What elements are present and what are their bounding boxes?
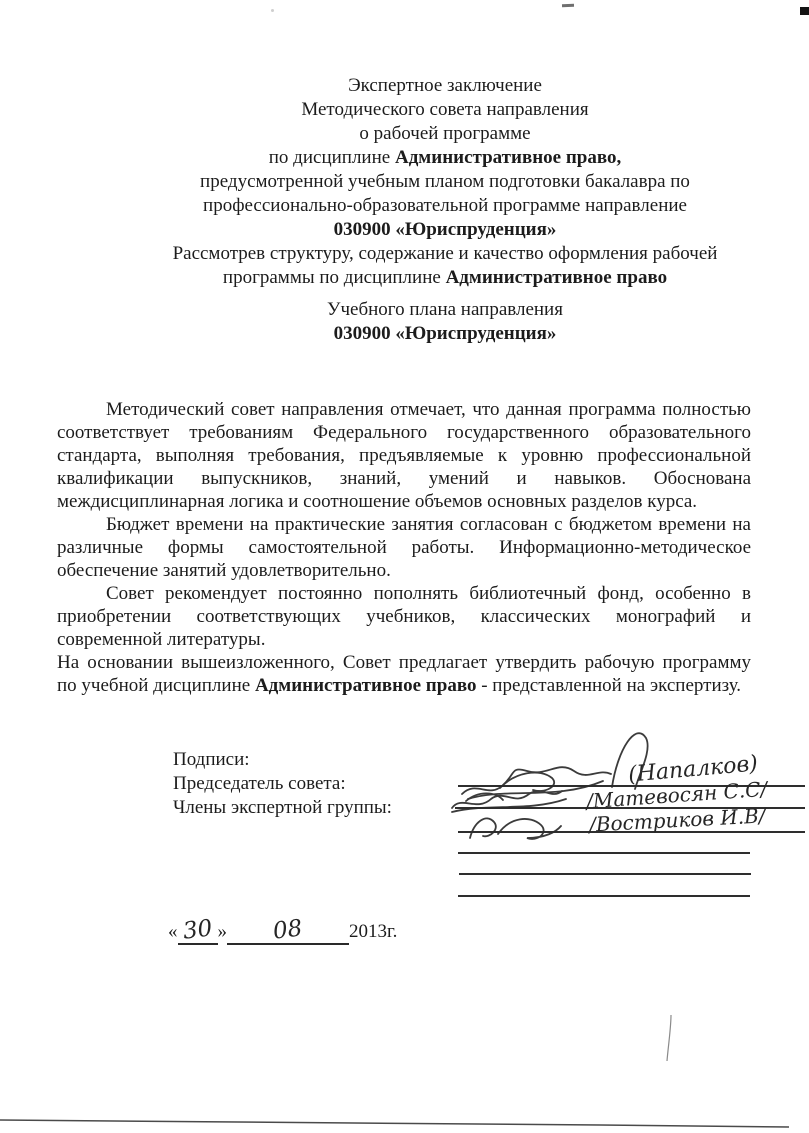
scan-speck — [800, 7, 809, 15]
paragraph-1: Методический совет направления отмечает,… — [57, 398, 751, 513]
title-line-text: по дисциплине — [269, 147, 395, 168]
scanned-document-page: { "document": { "title_lines": { "l1": "… — [0, 0, 809, 1133]
signatures-heading: Подписи: — [173, 748, 392, 772]
signature-labels: Подписи: Председатель совета: Члены эксп… — [173, 748, 392, 820]
chairman-label: Председатель совета: — [173, 772, 392, 796]
date-month-slot: 08 — [227, 917, 349, 945]
title-line-discipline: по дисциплине Административное право, — [95, 146, 795, 170]
title-line: о рабочей программе — [95, 122, 795, 146]
handwritten-day: 30 — [181, 915, 213, 944]
discipline-name-bold: Административное право, — [395, 147, 621, 168]
program-code-bold: 030900 «Юриспруденция» — [334, 219, 557, 240]
paragraph-4-text: - представленной на экспертизу. — [476, 675, 741, 696]
title-line: Рассмотрев структуру, содержание и качес… — [95, 242, 795, 266]
date-row: «30»082013г. — [168, 917, 397, 945]
discipline-name-bold: Административное право — [255, 675, 477, 696]
title-line-text: программы по дисциплине — [223, 267, 446, 288]
date-year: 2013г. — [349, 921, 397, 942]
signature-line-blank — [458, 852, 750, 854]
title-line: предусмотренной учебным планом подготовк… — [95, 170, 795, 194]
paragraph-3: Совет рекомендует постоянно пополнять би… — [57, 582, 751, 651]
members-label: Члены экспертной группы: — [173, 796, 392, 820]
title-line: Методического совета направления — [95, 98, 795, 122]
program-code-line: 030900 «Юриспруденция» — [95, 322, 795, 346]
paragraph-4: На основании вышеизложенного, Совет пред… — [57, 651, 751, 697]
signature-line-blank — [458, 895, 750, 897]
title-block: Экспертное заключение Методического сове… — [95, 74, 795, 346]
title-line-discipline: программы по дисциплине Административное… — [95, 266, 795, 290]
scan-speck — [562, 4, 574, 7]
signature-line-blank — [459, 873, 751, 875]
curriculum-line: Учебного плана направления — [95, 298, 795, 322]
handwritten-month: 08 — [272, 915, 304, 944]
title-line: Экспертное заключение — [95, 74, 795, 98]
body-text-block: Методический совет направления отмечает,… — [57, 398, 751, 697]
quote-close: » — [218, 921, 228, 942]
date-day-slot: 30 — [178, 917, 218, 945]
paragraph-2: Бюджет времени на практические занятия с… — [57, 513, 751, 582]
discipline-name-bold: Административное право — [446, 267, 668, 288]
title-line: профессионально-образовательной программ… — [95, 194, 795, 218]
scan-speck — [271, 9, 274, 12]
quote-open: « — [168, 921, 178, 942]
program-code-line: 030900 «Юриспруденция» — [95, 218, 795, 242]
program-code-bold: 030900 «Юриспруденция» — [334, 323, 557, 344]
